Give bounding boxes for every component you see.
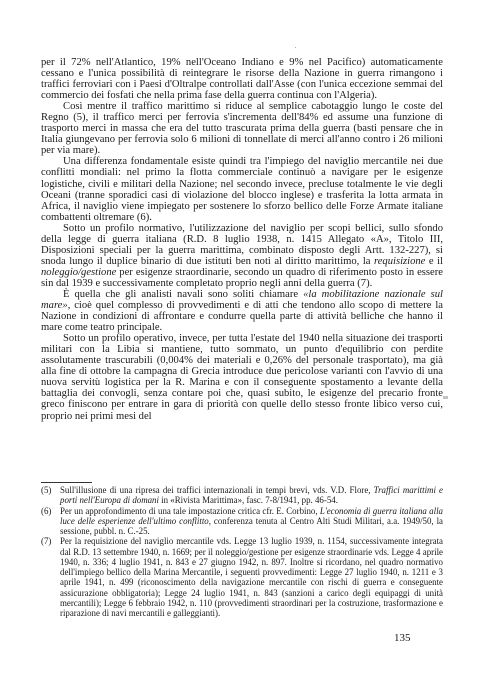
text-run: per il 72% nell'Atlantico, 19% nell'Ocea…	[41, 57, 443, 101]
text-run: Una differenza fondamentale esiste quind…	[41, 156, 443, 222]
text-run: Sull'illusione di una ripresa dei traffi…	[60, 485, 374, 495]
text-run: e il	[425, 256, 443, 267]
main-text: per il 72% nell'Atlantico, 19% nell'Ocea…	[41, 57, 443, 422]
footnote-text: Per un approfondimento di una tale impos…	[60, 506, 443, 537]
text-run: È quella che gli analisti navali sono so…	[63, 289, 303, 300]
footnote-text: Per la requisizione del naviglio mercant…	[60, 536, 443, 618]
footnotes: (5)Sull'illusione di una ripresa dei tra…	[41, 485, 443, 618]
footnote-text: Sull'illusione di una ripresa dei traffi…	[60, 485, 443, 506]
footnote: (6)Per un approfondimento di una tale im…	[41, 506, 443, 537]
body-paragraphs: per il 72% nell'Atlantico, 19% nell'Ocea…	[41, 57, 443, 422]
scan-mark	[443, 396, 448, 399]
footnote-number: (7)	[41, 536, 60, 618]
paragraph: Così mentre il traffico marittimo si rid…	[41, 101, 443, 156]
paragraph: per il 72% nell'Atlantico, 19% nell'Ocea…	[41, 57, 443, 101]
footnote: (7)Per la requisizione del naviglio merc…	[41, 536, 443, 618]
footnote-number: (6)	[41, 506, 60, 537]
text-run: Così mentre il traffico marittimo si rid…	[41, 101, 443, 156]
text-run: Per un approfondimento di una tale impos…	[60, 506, 320, 516]
footnote: (5)Sull'illusione di una ripresa dei tra…	[41, 485, 443, 506]
paragraph: Sotto un profilo operativo, invece, per …	[41, 333, 443, 421]
footnote-number: (5)	[41, 485, 60, 506]
text-run: Sotto un profilo operativo, invece, per …	[41, 333, 443, 421]
italic-text: requisizione	[374, 256, 425, 267]
italic-text: noleggio/gestione	[41, 267, 116, 278]
text-run: Per la requisizione del naviglio mercant…	[60, 536, 443, 618]
footnote-separator	[41, 482, 92, 483]
paragraph: Sotto un profilo normativo, l'utilizzazi…	[41, 223, 443, 289]
text-run: , cioè quel complesso di provvedimenti e…	[41, 300, 443, 333]
paragraph: È quella che gli analisti navali sono so…	[41, 289, 443, 333]
text-run: in «Rivista Marittima», fasc. 7-8/1941, …	[159, 495, 338, 505]
paragraph: Una differenza fondamentale esiste quind…	[41, 156, 443, 222]
scan-speck	[295, 47, 296, 48]
page-number: 135	[394, 632, 411, 644]
